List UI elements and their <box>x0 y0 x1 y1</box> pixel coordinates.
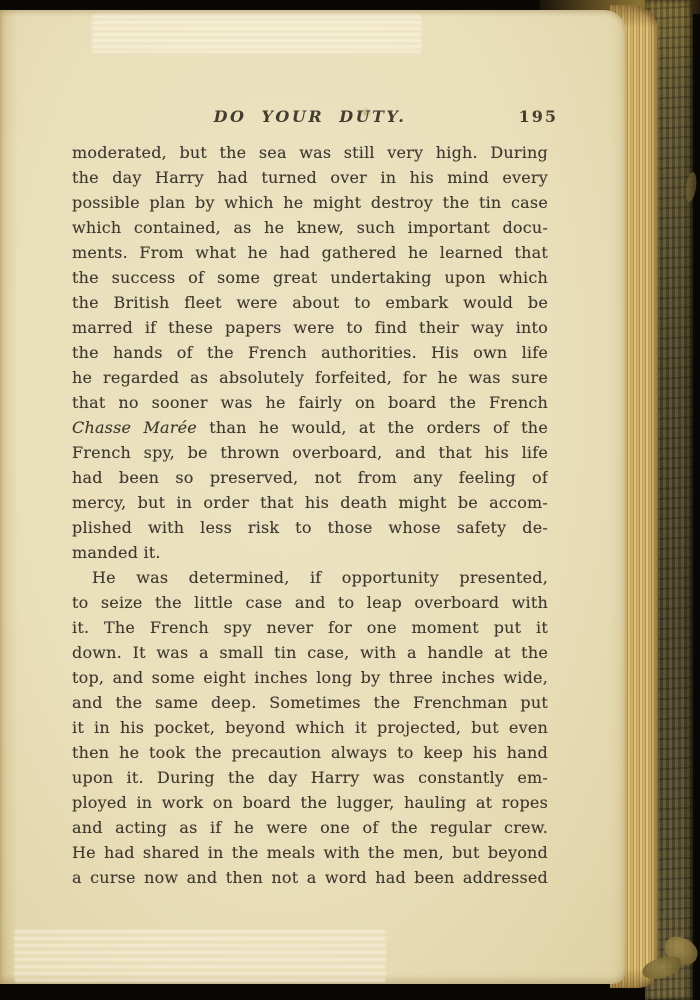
text-line: moderated, but the sea was still very hi… <box>72 140 548 165</box>
text-line: manded it. <box>72 540 548 565</box>
page-number: 195 <box>519 105 558 129</box>
text-line: ments. From what he had gathered he lear… <box>72 240 548 265</box>
text-line: upon it. During the day Harry was consta… <box>72 765 548 790</box>
text-line: the hands of the French authorities. His… <box>72 340 548 365</box>
text-line: He had shared in the meals with the men,… <box>72 840 548 865</box>
text-line: Chasse Marée than he would, at the order… <box>72 415 548 440</box>
scan-light-band-bottom <box>14 930 386 982</box>
text-line: to seize the little case and to leap ove… <box>72 590 548 615</box>
text-line: top, and some eight inches long by three… <box>72 665 548 690</box>
text-line: down. It was a small tin case, with a ha… <box>72 640 548 665</box>
text-line: marred if these papers were to find thei… <box>72 315 548 340</box>
text-line: the day Harry had turned over in his min… <box>72 165 548 190</box>
text-line: he regarded as absolutely forfeited, for… <box>72 365 548 390</box>
text-line: ployed in work on board the lugger, haul… <box>72 790 548 815</box>
text-line: and the same deep. Sometimes the Frenchm… <box>72 690 548 715</box>
text-line: which contained, as he knew, such import… <box>72 215 548 240</box>
text-line: then he took the precaution always to ke… <box>72 740 548 765</box>
text-line: had been so preserved, not from any feel… <box>72 465 548 490</box>
text-line: plished with less risk to those whose sa… <box>72 515 548 540</box>
scan-light-band-top <box>92 15 422 53</box>
text-line: the success of some great undertaking up… <box>72 265 548 290</box>
page-header: DO YOUR DUTY. 195 <box>72 105 548 131</box>
text-line: possible plan by which he might destroy … <box>72 190 548 215</box>
book-page: DO YOUR DUTY. 195 moderated, but the sea… <box>0 10 626 984</box>
scanned-book-photo: DO YOUR DUTY. 195 moderated, but the sea… <box>0 0 700 1000</box>
text-line: mercy, but in order that his death might… <box>72 490 548 515</box>
text-line: the British fleet were about to embark w… <box>72 290 548 315</box>
text-block: moderated, but the sea was still very hi… <box>72 140 548 890</box>
text-line: it. The French spy never for one moment … <box>72 615 548 640</box>
text-line: French spy, be thrown overboard, and tha… <box>72 440 548 465</box>
text-line: that no sooner was he fairly on board th… <box>72 390 548 415</box>
text-line: it in his pocket, beyond which it projec… <box>72 715 548 740</box>
text-line: He was determined, if opportunity presen… <box>72 565 548 590</box>
running-title: DO YOUR DUTY. <box>72 105 548 129</box>
text-line: a curse now and then not a word had been… <box>72 865 548 890</box>
text-line: and acting as if he were one of the regu… <box>72 815 548 840</box>
